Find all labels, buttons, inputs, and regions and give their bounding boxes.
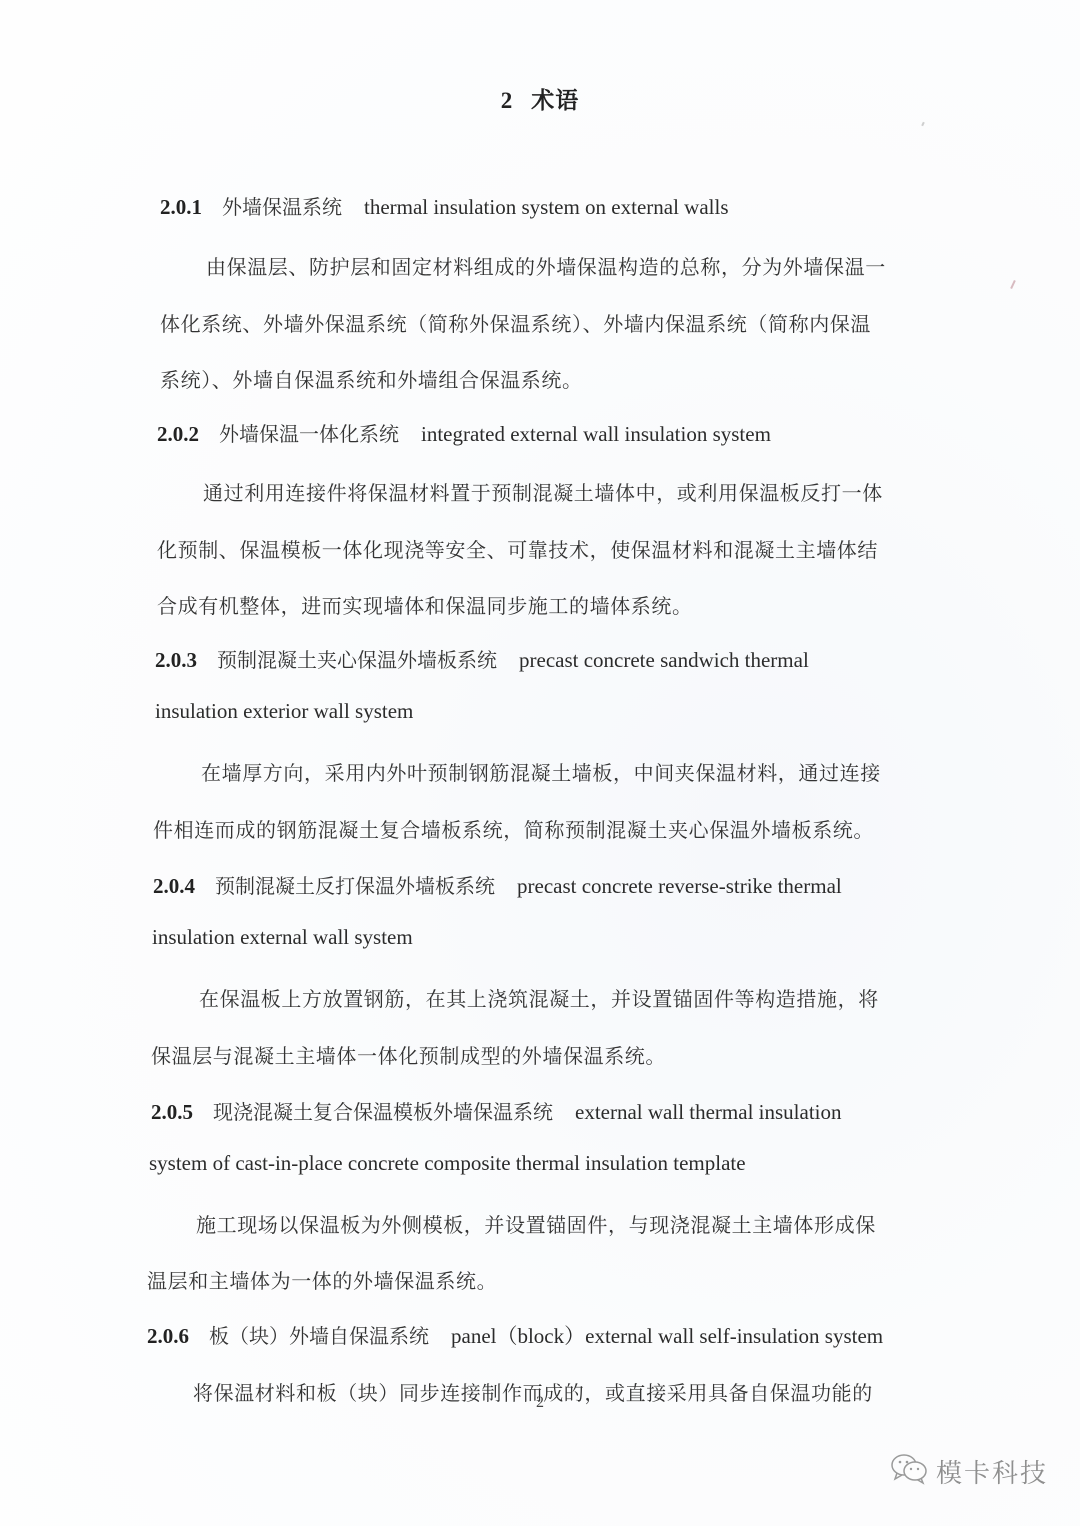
- term-zh: 预制混凝土反打保温外墙板系统: [215, 874, 495, 898]
- term-en: external wall thermal insulation: [575, 1100, 842, 1124]
- term-number: 2.0.5: [151, 1100, 193, 1124]
- term-heading-2-0-3: 2.0.3预制混凝土夹心保温外墙板系统precast concrete sand…: [155, 644, 809, 673]
- term-heading-2-0-1: 2.0.1外墙保温系统thermal insulation system on …: [160, 191, 729, 220]
- chapter-heading: 术语: [531, 88, 579, 113]
- term-en: precast concrete reverse-strike thermal: [517, 874, 842, 898]
- term-zh: 预制混凝土夹心保温外墙板系统: [217, 648, 497, 672]
- term-en-continuation: insulation external wall system: [152, 925, 413, 950]
- term-en: integrated external wall insulation syst…: [421, 422, 771, 446]
- watermark-text: 模卡科技: [936, 1453, 1048, 1490]
- term-heading-2-0-6: 2.0.6板（块）外墙自保温系统panel（block）external wal…: [147, 1320, 883, 1350]
- definition-line: 件相连而成的钢筋混凝土复合墙板系统，简称预制混凝土夹心保温外墙板系统。: [153, 814, 874, 843]
- term-number: 2.0.6: [147, 1324, 189, 1348]
- document-page: 2术语 2.0.1外墙保温系统thermal insulation system…: [0, 0, 1080, 1526]
- term-number: 2.0.1: [160, 195, 202, 219]
- term-en: thermal insulation system on external wa…: [364, 195, 729, 219]
- definition-line: 化预制、保温模板一体化现浇等安全、可靠技术，使保温材料和混凝土主墙体结: [157, 534, 878, 563]
- watermark: 模卡科技: [890, 1452, 1048, 1491]
- definition-line: 由保温层、防护层和固定材料组成的外墙保温构造的总称，分为外墙保温一: [206, 251, 886, 280]
- definition-line: 体化系统、外墙外保温系统（简称外保温系统）、外墙内保温系统（简称内保温: [160, 308, 871, 337]
- term-zh: 现浇混凝土复合保温模板外墙保温系统: [213, 1100, 553, 1124]
- term-heading-2-0-2: 2.0.2外墙保温一体化系统integrated external wall i…: [157, 418, 771, 447]
- definition-line: 在保温板上方放置钢筋，在其上浇筑混凝土，并设置锚固件等构造措施，将: [199, 983, 879, 1012]
- term-zh: 外墙保温一体化系统: [219, 422, 399, 446]
- definition-line: 合成有机整体，进而实现墙体和保温同步施工的墙体系统。: [157, 590, 693, 619]
- wechat-icon: [890, 1452, 936, 1491]
- definition-line: 通过利用连接件将保温材料置于预制混凝土墙体中，或利用保温板反打一体: [203, 477, 883, 506]
- term-number: 2.0.2: [157, 422, 199, 446]
- term-zh: 板（块）外墙自保温系统: [209, 1324, 429, 1348]
- term-en: precast concrete sandwich thermal: [519, 648, 809, 672]
- term-en-continuation: insulation exterior wall system: [155, 699, 413, 724]
- page-number: 2: [0, 1394, 1080, 1412]
- definition-line: 温层和主墙体为一体的外墙保温系统。: [147, 1265, 497, 1294]
- term-heading-2-0-4: 2.0.4预制混凝土反打保温外墙板系统precast concrete reve…: [153, 870, 842, 899]
- scan-speck: [921, 122, 925, 126]
- term-number: 2.0.4: [153, 874, 195, 898]
- term-heading-2-0-5: 2.0.5现浇混凝土复合保温模板外墙保温系统external wall ther…: [151, 1096, 842, 1125]
- definition-line: 施工现场以保温板为外侧模板，并设置锚固件，与现浇混凝土主墙体形成保: [196, 1209, 876, 1238]
- chapter-title: 2术语: [0, 82, 1080, 115]
- term-zh: 外墙保温系统: [222, 195, 342, 219]
- term-number: 2.0.3: [155, 648, 197, 672]
- term-en-continuation: system of cast-in-place concrete composi…: [149, 1151, 746, 1176]
- term-en: panel（block）external wall self-insulatio…: [451, 1324, 883, 1348]
- chapter-number: 2: [501, 88, 514, 113]
- definition-line: 保温层与混凝土主墙体一体化预制成型的外墙保温系统。: [151, 1040, 666, 1069]
- definition-line: 在墙厚方向，采用内外叶预制钢筋混凝土墙板，中间夹保温材料，通过连接: [201, 757, 881, 786]
- scan-speck: [1010, 280, 1016, 289]
- definition-line: 系统）、外墙自保温系统和外墙组合保温系统。: [160, 364, 583, 393]
